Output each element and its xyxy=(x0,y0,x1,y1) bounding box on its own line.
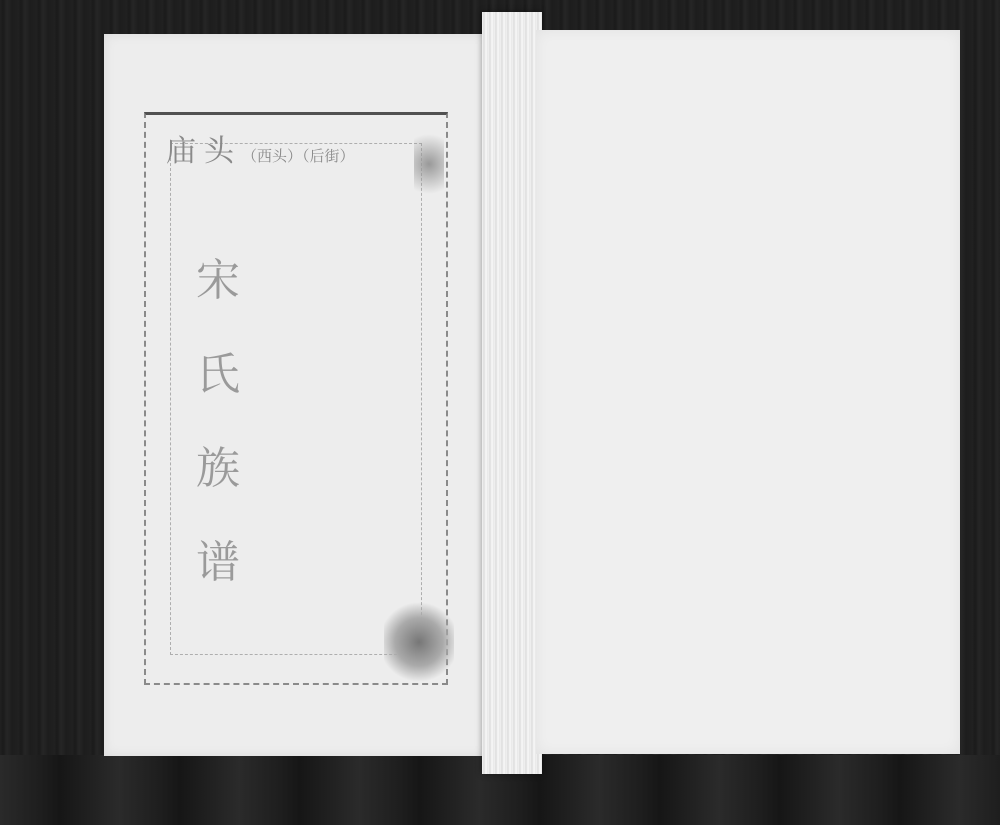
printed-frame xyxy=(144,112,448,685)
location-name: 庙头 xyxy=(166,134,242,169)
corner-stain xyxy=(384,602,454,682)
book-back-cover xyxy=(536,30,960,754)
title-char: 氏 xyxy=(196,338,240,402)
book-spine-pages xyxy=(482,12,542,774)
location-label: 庙头（西头）（后街） xyxy=(166,126,355,170)
location-detail: （西头）（后街） xyxy=(242,147,355,165)
title-char: 谱 xyxy=(196,526,240,590)
book-front-cover: 庙头（西头）（后街） 宋 氏 族 谱 xyxy=(104,34,502,756)
ink-smudge xyxy=(414,124,444,204)
title-char: 宋 xyxy=(196,244,240,308)
title-char: 族 xyxy=(196,432,240,496)
book-title: 宋 氏 族 谱 xyxy=(196,244,240,590)
